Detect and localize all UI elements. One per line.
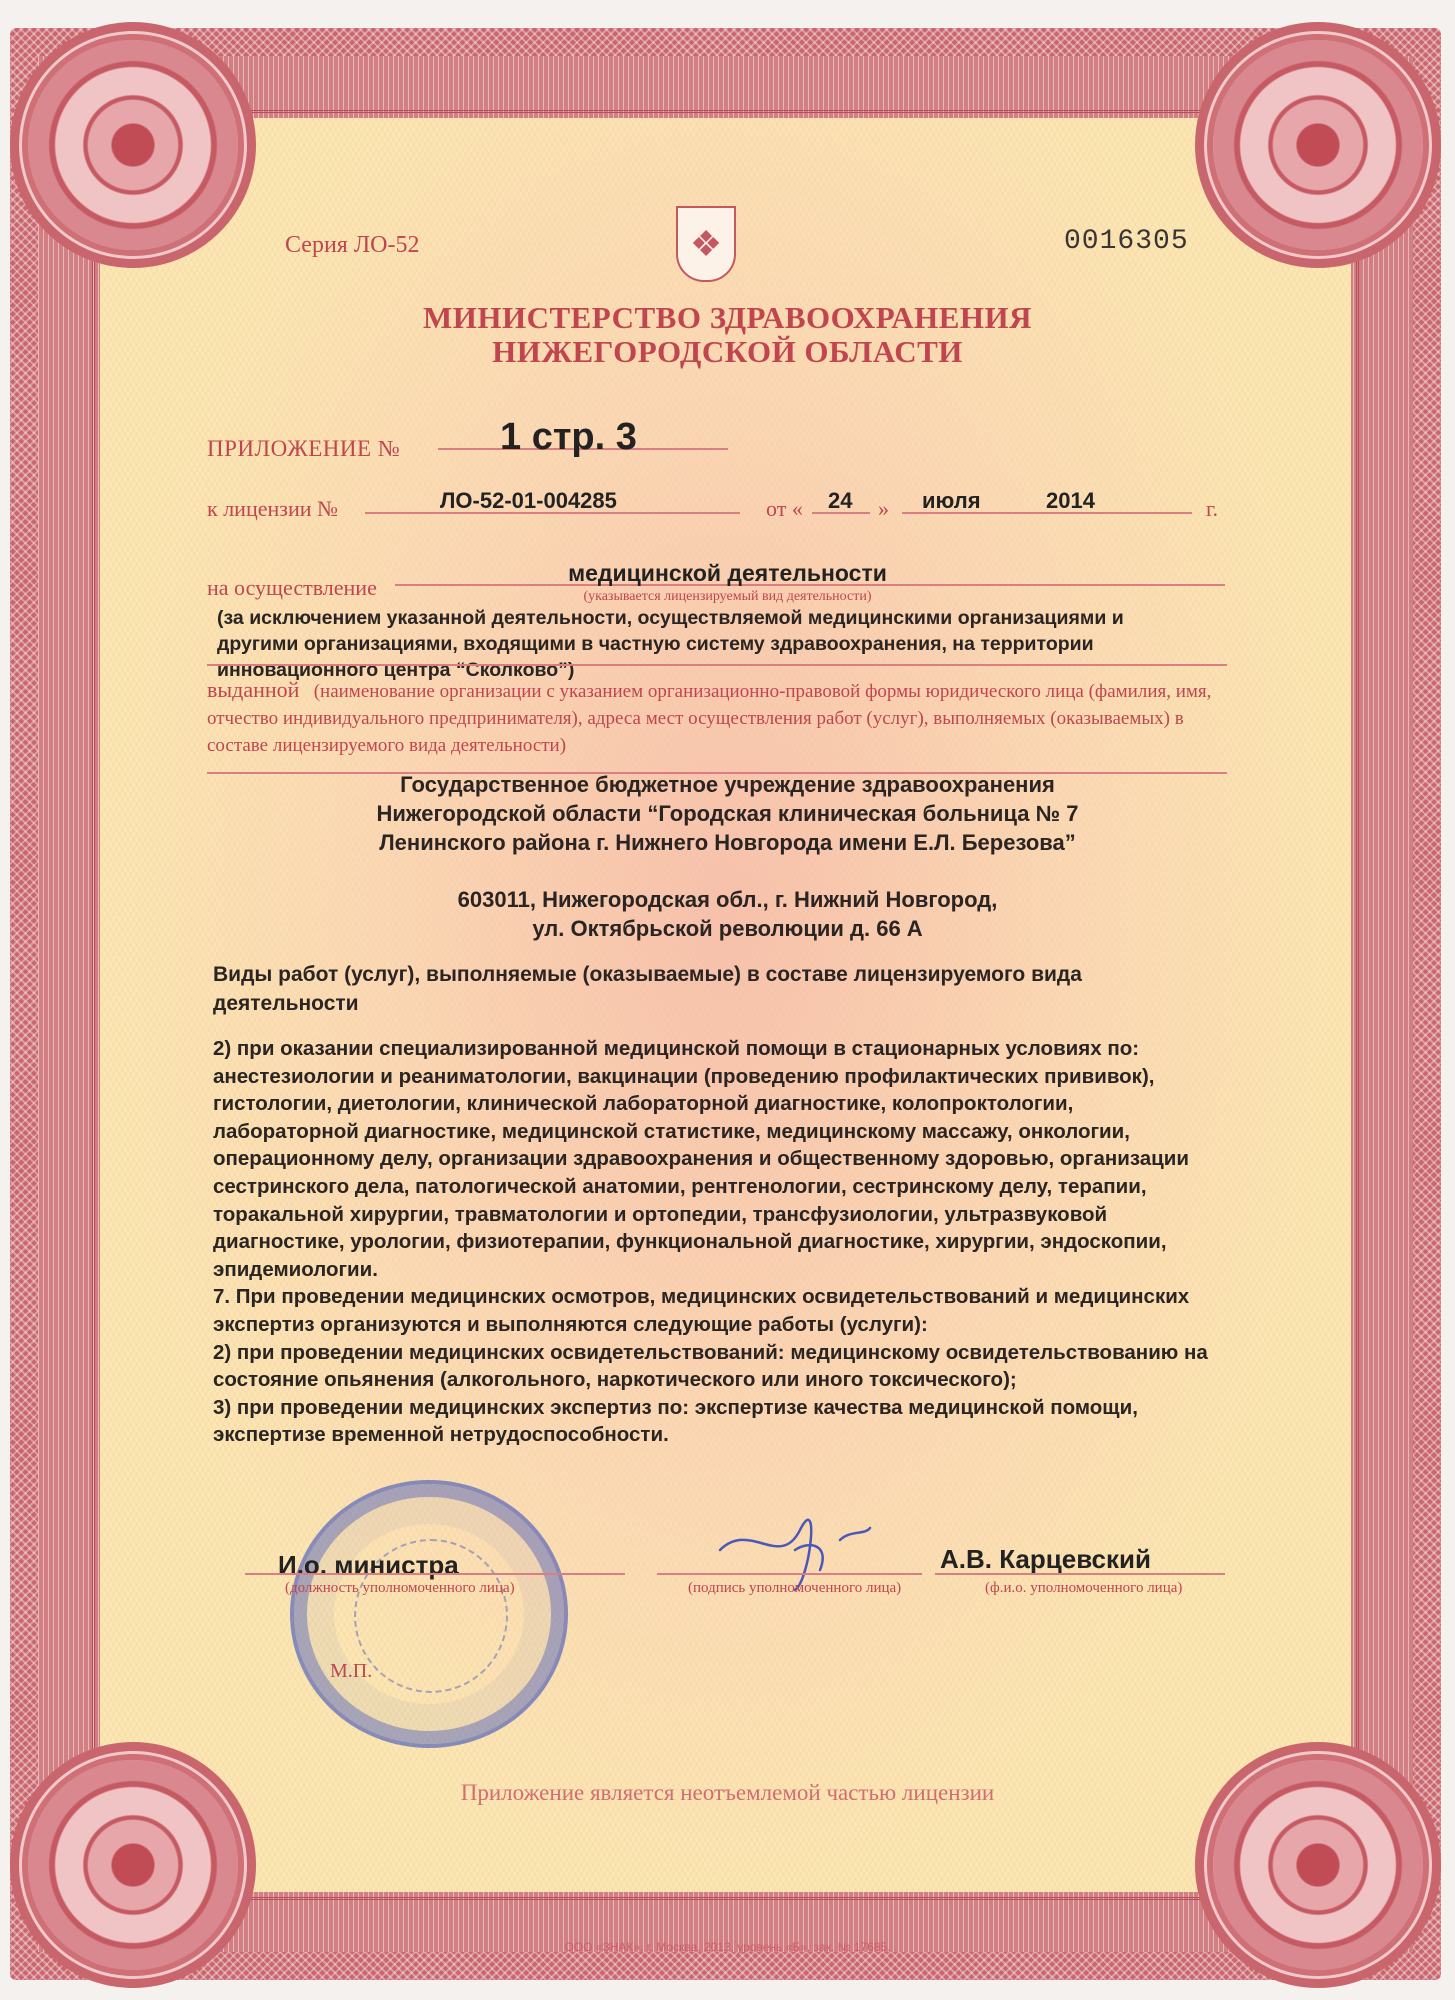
works-paragraph: 3) при проведении медицинских экспертиз … xyxy=(213,1394,1223,1449)
name-note: (ф.и.о. уполномоченного лица) xyxy=(985,1580,1182,1597)
integral-part-note: Приложение является неотъемлемой частью … xyxy=(0,1780,1455,1806)
name-underline xyxy=(935,1573,1225,1575)
issued-to-note: (наименование организации с указанием ор… xyxy=(207,681,1211,756)
coat-of-arms-icon: ❖ xyxy=(676,206,736,282)
works-list: 2) при оказании специализированной медиц… xyxy=(213,1035,1223,1449)
license-label: к лицензии № xyxy=(207,496,338,522)
organization-name: Государственное бюджетное учреждение здр… xyxy=(0,770,1455,857)
appendix-label: ПРИЛОЖЕНИЕ № xyxy=(207,436,400,462)
series-label: Серия ЛО-52 xyxy=(285,232,419,259)
license-year: 2014 xyxy=(1046,488,1095,514)
activity-note: (указывается лицензируемый вид деятельно… xyxy=(0,589,1455,605)
organization-line: Государственное бюджетное учреждение здр… xyxy=(0,770,1455,799)
date-from-label: от « xyxy=(766,496,803,522)
license-month: июля xyxy=(922,488,981,514)
license-day: 24 xyxy=(828,488,852,514)
works-paragraph: 2) при оказании специализированной медиц… xyxy=(213,1035,1223,1283)
date-close-quote: » xyxy=(878,496,889,522)
serial-number: 0016305 xyxy=(1064,226,1189,257)
address-line: 603011, Нижегородская обл., г. Нижний Но… xyxy=(0,885,1455,914)
signature-underline xyxy=(657,1573,922,1575)
address-line: ул. Октябрьской революции д. 66 А xyxy=(0,914,1455,943)
works-paragraph: 2) при проведении медицинских освидетель… xyxy=(213,1339,1223,1394)
appendix-number: 1 стр. 3 xyxy=(500,416,637,459)
issued-to-label: выданной xyxy=(207,677,299,702)
signature-note: (подпись уполномоченного лица) xyxy=(688,1580,901,1597)
document-content: Серия ЛО-52 ❖ 0016305 МИНИСТЕРСТВО ЗДРАВ… xyxy=(0,0,1455,2000)
signatory-position: И.о. министра xyxy=(278,1550,459,1581)
license-number: ЛО-52-01-004285 xyxy=(440,488,617,514)
exclusion-underline xyxy=(207,664,1227,666)
official-seal-stamp xyxy=(290,1480,568,1748)
organization-address: 603011, Нижегородская обл., г. Нижний Но… xyxy=(0,885,1455,943)
organization-line: Ленинского района г. Нижнего Новгорода и… xyxy=(0,828,1455,857)
organization-line: Нижегородской области “Городская клиниче… xyxy=(0,799,1455,828)
ministry-title-line2: НИЖЕГОРОДСКОЙ ОБЛАСТИ xyxy=(0,334,1455,370)
position-underline xyxy=(245,1573,625,1575)
works-paragraph: 7. При проведении медицинских осмотров, … xyxy=(213,1283,1223,1338)
printer-imprint: ООО «ЗНАК», г. Москва, 2013, уровень «Б»… xyxy=(0,1940,1455,1954)
year-suffix: г. xyxy=(1206,496,1218,522)
seal-place-mark: М.П. xyxy=(330,1660,372,1683)
works-heading: Виды работ (услуг), выполняемые (оказыва… xyxy=(213,960,1213,1018)
ministry-title-line1: МИНИСТЕРСТВО ЗДРАВООХРАНЕНИЯ xyxy=(0,300,1455,336)
issued-to-block: выданной (наименование организации с ука… xyxy=(207,676,1237,759)
signatory-name: А.В. Карцевский xyxy=(940,1544,1151,1575)
position-note: (должность уполномоченного лица) xyxy=(285,1580,515,1597)
activity-exclusion: (за исключением указанной деятельности, … xyxy=(217,605,1177,683)
activity-value: медицинской деятельности xyxy=(0,560,1455,587)
